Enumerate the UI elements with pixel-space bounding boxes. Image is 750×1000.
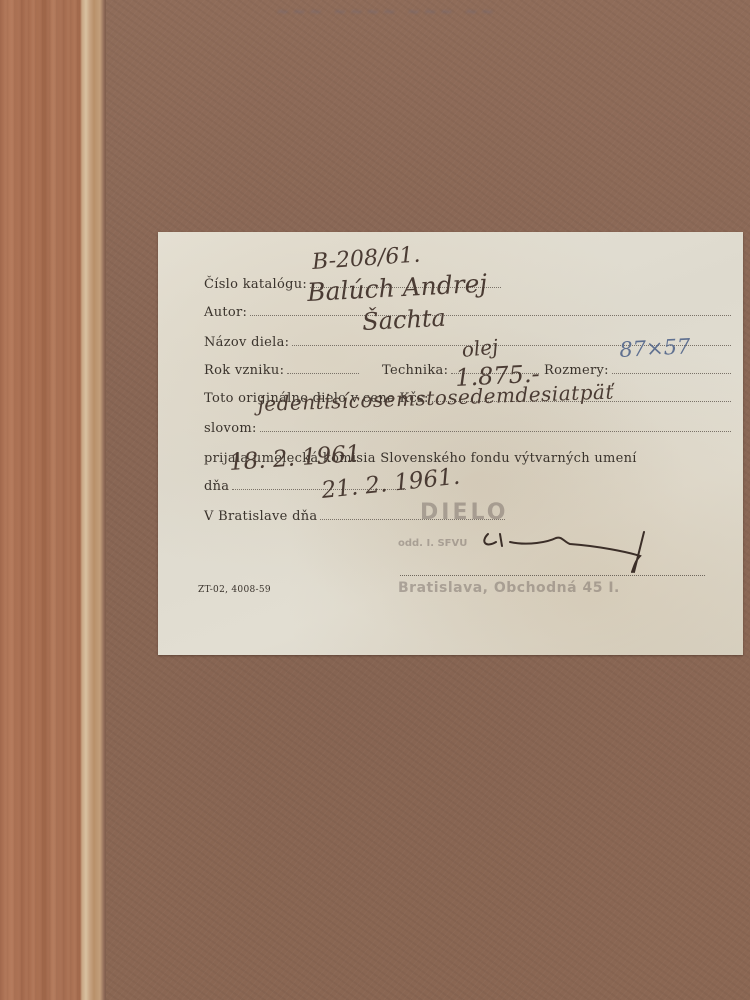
title-label: Názov diela:: [204, 335, 289, 350]
dotted-line: [612, 372, 731, 374]
place-date-label: V Bratislave dňa: [204, 509, 317, 524]
faded-top-writing: ~~~ ~~~~ ~~~ ~~: [276, 2, 616, 24]
title-value: Šachta: [362, 304, 447, 336]
technique-value: olej: [460, 334, 499, 362]
dotted-line: [260, 430, 731, 432]
signature-line: [400, 575, 705, 576]
author-label: Autor:: [204, 305, 247, 320]
field-author: Autor:: [204, 298, 734, 320]
price-words-label: slovom:: [204, 421, 257, 436]
field-price-words: slovom:: [204, 414, 734, 436]
frame-wood-grain: [0, 0, 80, 1000]
dotted-line: [287, 372, 359, 374]
place-date-value: 21. 2. 1961.: [320, 464, 461, 504]
catalog-label: Číslo katalógu: B-208/61. Autor: Balúch …: [158, 232, 743, 655]
field-year: Rok vzniku:: [204, 356, 362, 378]
year-label: Rok vzniku:: [204, 363, 284, 378]
stamp-department: odd. I. SFVU: [398, 538, 467, 549]
signature-scribble: [458, 512, 658, 582]
dotted-line: [250, 314, 731, 316]
form-code: ZT-02, 4008-59: [198, 585, 271, 595]
dimensions-label: Rozmery:: [544, 363, 609, 378]
technique-label: Technika:: [382, 363, 448, 378]
catalog-number-label: Číslo katalógu:: [204, 277, 307, 292]
dimensions-value: 87×57: [619, 334, 691, 362]
accepted-date-label: dňa: [204, 479, 229, 494]
stamp-address: Bratislava, Obchodná 45 I.: [398, 580, 620, 596]
